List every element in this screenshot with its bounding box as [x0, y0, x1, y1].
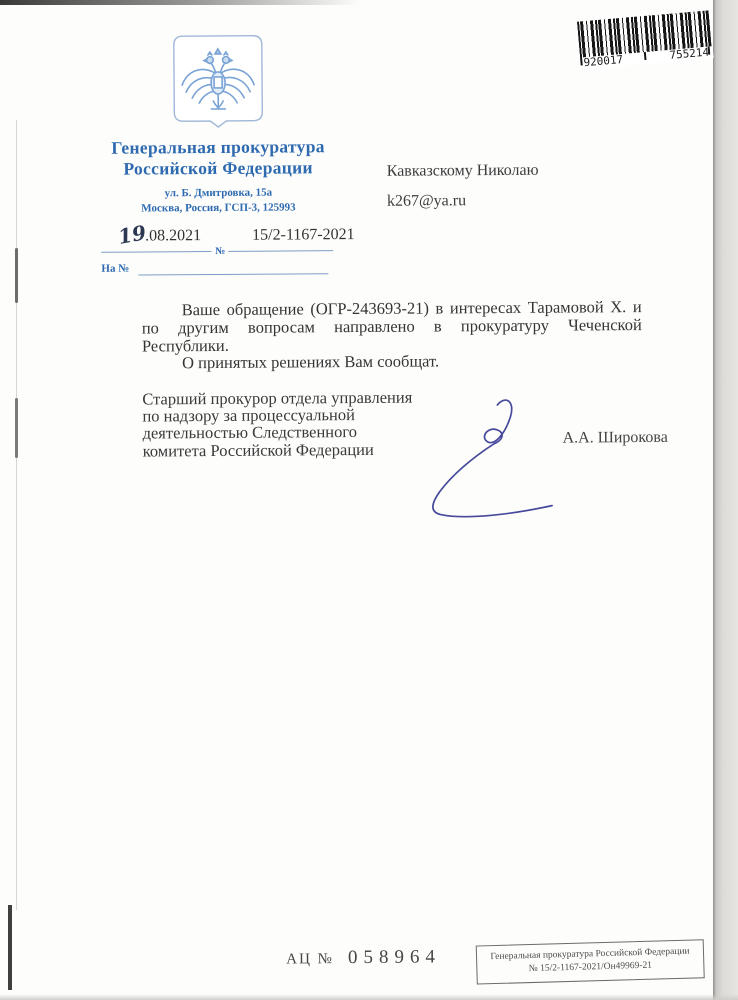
registry-stamp: Генеральная прокуратура Российской Федер…	[476, 939, 705, 984]
letterhead: Генеральная прокуратура Российской Федер…	[65, 136, 371, 216]
body-closing: О принятых решениях Вам сообщат.	[142, 351, 642, 372]
org-name-line2: Российской Федерации	[66, 157, 371, 180]
barcode-digits-left: 920017	[583, 54, 624, 69]
typed-date: .08.2021	[145, 227, 201, 245]
scan-edge-right	[713, 0, 738, 1000]
form-number-block: АЦ № 058964	[286, 946, 441, 969]
signer-position: Старший прокурор отдела управления по на…	[142, 388, 442, 459]
date-underline	[101, 251, 211, 253]
body-paragraph: Ваше обращение (ОГР-243693-21) в интерес…	[142, 298, 642, 355]
recipient-name: Кавказскому Николаю	[387, 162, 539, 181]
number-sign: №	[215, 246, 225, 257]
outgoing-number: 15/2-1167-2021	[252, 226, 355, 245]
barcode: 920017 755214	[576, 10, 714, 69]
barcode-digits-right: 755214	[669, 47, 710, 62]
signature-stroke-icon	[423, 395, 566, 528]
form-number-label: АЦ №	[286, 951, 334, 967]
signer-position-line: комитета Российской Федерации	[143, 440, 443, 459]
org-address-line1: ул. Б. Дмитровка, 15а	[66, 185, 371, 201]
recipient-block: Кавказскому Николаю k267@ya.ru	[387, 162, 539, 211]
coat-of-arms-emblem	[173, 35, 264, 130]
incoming-ref-label: На №	[101, 263, 129, 275]
org-name-line1: Генеральная прокуратура	[65, 136, 370, 159]
incoming-ref-underline	[138, 273, 328, 275]
number-underline	[228, 250, 333, 252]
signer-name: А.А. Широкова	[563, 429, 668, 448]
letter-page: 920017 755214	[0, 0, 738, 1000]
signer-position-line: деятельностью Следственного	[142, 423, 442, 442]
handwritten-signature	[423, 395, 566, 533]
letter-content: 920017 755214	[0, 0, 717, 1000]
form-number-value: 058964	[348, 946, 441, 968]
double-headed-eagle-icon	[173, 35, 264, 130]
org-address-line2: Москва, Россия, ГСП-3, 125993	[66, 200, 371, 216]
handwritten-day: 19	[116, 220, 148, 249]
letter-body: Ваше обращение (ОГР-243693-21) в интерес…	[142, 298, 642, 373]
recipient-email: k267@ya.ru	[387, 192, 539, 211]
